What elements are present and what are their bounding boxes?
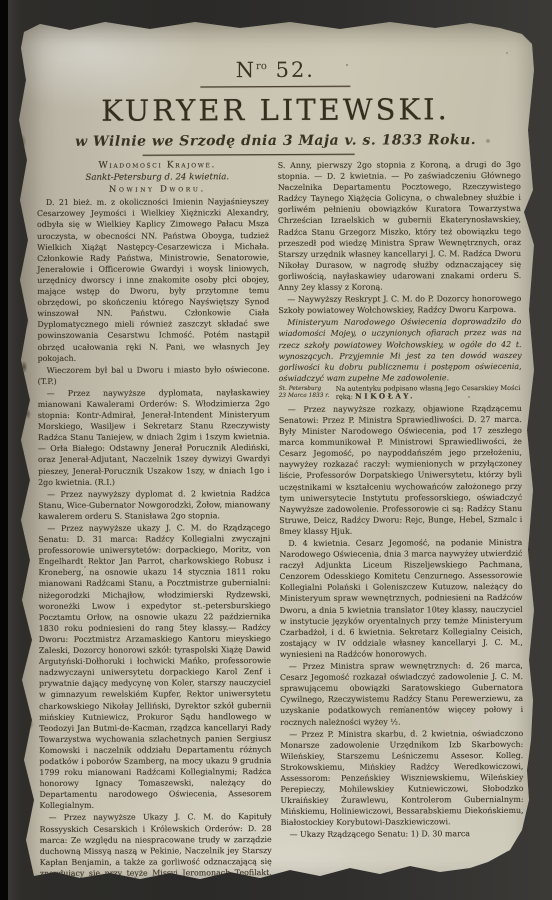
newspaper-page: Nro 52. KURYER LITEWSKI. w Wilnie we Srz… xyxy=(16,22,538,882)
section-subheading: Nowiny Dworu. xyxy=(37,184,269,196)
paragraph: — Przez naywyższy dyplomat d. 2 kwietnia… xyxy=(38,488,270,522)
paragraph: Wieczorem był bal u Dworu i miasto było … xyxy=(38,364,270,387)
masthead-rule-top xyxy=(200,86,350,88)
signature-date: 23 Marca 1833 r. xyxy=(279,393,331,400)
columns: Wiadomości Krajowe. Sankt-Petersburg d. … xyxy=(16,154,538,882)
signature-place-date: St. Petersburg 23 Marca 1833 r. xyxy=(279,386,331,400)
signature-name: NIKOŁAY. xyxy=(355,391,415,400)
paragraph: S. Anny, pierwszy 2go stopnia z Koroną, … xyxy=(278,159,522,293)
masthead-dateline: w Wilnie we Srzodę dnia 3 Maja v. s. 183… xyxy=(16,132,537,150)
issue-value: 52. xyxy=(275,58,315,82)
paragraph: D. 21 bież. m. z okoliczności Imienin Na… xyxy=(37,196,270,363)
signature-attestation: Na autentyku podpisano własną Jego Cesar… xyxy=(336,384,522,401)
signature-block: St. Petersburg 23 Marca 1833 r. Na auten… xyxy=(279,384,522,401)
right-column: S. Anny, pierwszy 2go stopnia z Koroną, … xyxy=(278,159,524,882)
paragraph: — Przez Ministra spraw wewnętrznych: d. … xyxy=(280,660,523,728)
paragraph: — Naywyższy Reskrypt J. C. M. do P. Dozo… xyxy=(278,293,521,316)
left-column: Wiadomości Krajowe. Sankt-Petersburg d. … xyxy=(37,160,272,882)
masthead: Nro 52. KURYER LITEWSKI. w Wilnie we Srz… xyxy=(16,22,537,156)
section-heading: Wiadomości Krajowe. xyxy=(37,160,269,172)
royal-rescript: Ministeryum Narodowego Oświecenia doprow… xyxy=(278,316,521,384)
paragraph: — Ukazy Rządzącego Senatu: 1) D. 30 marc… xyxy=(281,828,524,840)
page-content: Nro 52. KURYER LITEWSKI. w Wilnie we Srz… xyxy=(16,22,538,882)
issue-superscript: ro xyxy=(256,61,267,72)
paragraph: — Przez naywyższe ukazy J. C. M. do Rząd… xyxy=(38,522,271,811)
section-dateline: Sankt-Petersburg d. 24 kwietnia. xyxy=(37,172,269,184)
paragraph: — Przez naywyższe Ukazy J. C. M. do Kapi… xyxy=(40,811,272,882)
newspaper-title: KURYER LITEWSKI. xyxy=(16,92,537,128)
issue-prefix: N xyxy=(236,58,256,82)
paragraph: — Przez naywyższe dyplomata, nayłaskawie… xyxy=(38,387,270,488)
paragraph: D. 4 kwietnia. Cesarz Jegomość, na podan… xyxy=(279,537,523,660)
paragraph: — Przez naywyższe rozkazy, objawione Rzą… xyxy=(279,403,523,537)
issue-number: Nro 52. xyxy=(16,57,536,83)
paragraph: — Przez P. Ministra skarbu, d. 2 kwietni… xyxy=(280,728,523,829)
